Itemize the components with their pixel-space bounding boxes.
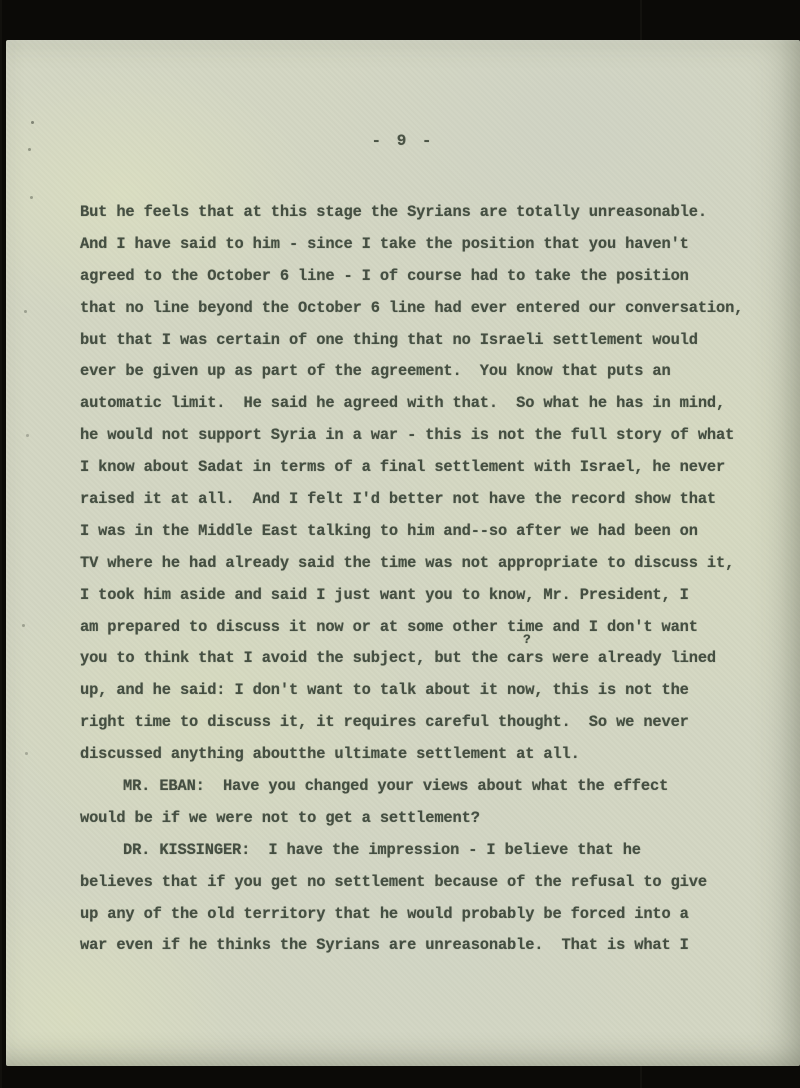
document-line: right time to discuss it, it requires ca… (80, 707, 780, 739)
document-line: agreed to the October 6 line - I of cour… (80, 261, 780, 293)
transcript-body: But he feels that at this stage the Syri… (80, 197, 780, 962)
document-line: discussed anything aboutthe ultimate set… (80, 739, 780, 771)
document-line: And I have said to him - since I take th… (80, 229, 780, 261)
document-line-speaker-eban: MR. EBAN: Have you changed your views ab… (80, 771, 780, 803)
document-line: up any of the old territory that he woul… (80, 899, 780, 931)
document-line: TV where he had already said the time wa… (80, 548, 780, 580)
document-line: you to think that I avoid the subject, b… (80, 643, 780, 675)
overstrike-question-mark: ? (523, 632, 531, 647)
document-line: I know about Sadat in terms of a final s… (80, 452, 780, 484)
document-line: raised it at all. And I felt I'd better … (80, 484, 780, 516)
document-line: that no line beyond the October 6 line h… (80, 293, 780, 325)
document-line: ever be given up as part of the agreemen… (80, 356, 780, 388)
document-line: he would not support Syria in a war - th… (80, 420, 780, 452)
page-number: - 9 - (6, 132, 800, 150)
scan-specks (31, 121, 34, 124)
document-line: but that I was certain of one thing that… (80, 325, 780, 357)
scan-background: { "doc": { "page_number": "- 9 -", "over… (0, 0, 800, 1088)
document-line-speaker-kissinger: DR. KISSINGER: I have the impression - I… (80, 835, 780, 867)
document-line: am prepared to discuss it now or at some… (80, 612, 780, 644)
paper: - 9 - But he feels that at this stage th… (6, 40, 800, 1066)
document-line: automatic limit. He said he agreed with … (80, 388, 780, 420)
document-line: up, and he said: I don't want to talk ab… (80, 675, 780, 707)
document-line: I took him aside and said I just want yo… (80, 580, 780, 612)
document-line: I was in the Middle East talking to him … (80, 516, 780, 548)
document-line: war even if he thinks the Syrians are un… (80, 930, 780, 962)
document-line: But he feels that at this stage the Syri… (80, 197, 780, 229)
document-line: believes that if you get no settlement b… (80, 867, 780, 899)
document-line: would be if we were not to get a settlem… (80, 803, 780, 835)
